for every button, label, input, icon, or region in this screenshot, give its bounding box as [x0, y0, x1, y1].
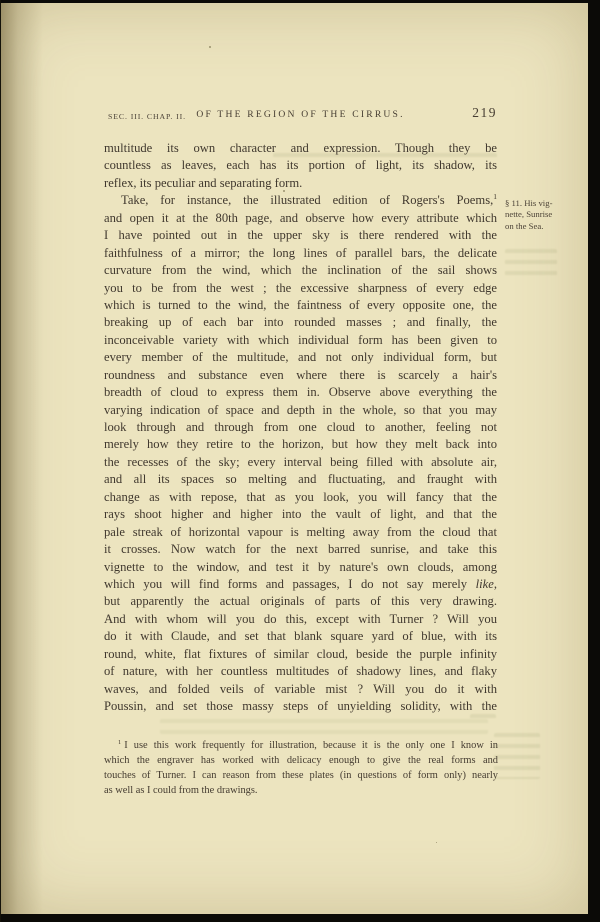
text-line: change as with repose, that as you look,…: [104, 489, 497, 506]
text-line: multitude its own character and expressi…: [104, 140, 497, 157]
footnote-marker: 1: [118, 739, 121, 746]
text-line: Take, for instance, the illustrated edit…: [104, 192, 497, 209]
paper-speck: [436, 842, 437, 843]
text-line: of nature, with her countless multitudes…: [104, 663, 497, 680]
text-line: which is turned to the wind, the faintne…: [104, 297, 497, 314]
paragraph-1: multitude its own character and expressi…: [104, 140, 497, 192]
text-line: it crosses. Now watch for the next barre…: [104, 541, 497, 558]
text-line: which the engraver has worked with delic…: [104, 753, 498, 768]
text-line: varying indication of space and depth in…: [104, 402, 497, 419]
text-line: every member of the multitude, and not o…: [104, 349, 497, 366]
text-line: round, white, flat fixtures of similar c…: [104, 646, 497, 663]
body-text: multitude its own character and expressi…: [104, 140, 497, 715]
page-edge-top: [0, 0, 600, 3]
text-line: § 11. His vig-: [505, 198, 569, 209]
text-line: on the Sea.: [505, 221, 569, 232]
text-line: breaking up of each bar into rounded mas…: [104, 314, 497, 331]
text-line: look through and through from one cloud …: [104, 419, 497, 436]
page-number: 219: [440, 105, 497, 121]
text-line: which you will find forms and passages, …: [104, 576, 497, 593]
footnote-ref: 1: [493, 192, 497, 201]
book-scan: SEC. III. CHAP. II. OF THE REGION OF THE…: [0, 0, 600, 922]
text-line: 1I use this work frequently for illustra…: [104, 738, 498, 753]
text-line: countless as leaves, each has its portio…: [104, 157, 497, 174]
text-line: as well as I could from the drawings.: [104, 783, 498, 798]
text-line: reflex, its peculiar and separating form…: [104, 175, 497, 192]
text-line: rays shoot higher and higher into the va…: [104, 506, 497, 523]
text-run: which you will find forms and passages, …: [104, 577, 476, 591]
footnote: 1I use this work frequently for illustra…: [104, 738, 498, 798]
paragraph-2-tail: but apparently the actual originals of p…: [104, 593, 497, 715]
text-line: and all its spaces so melting and fluctu…: [104, 471, 497, 488]
text-line: but apparently the actual originals of p…: [104, 593, 497, 610]
text-line: merely how they retire to the horizon, b…: [104, 436, 497, 453]
text-line: waves, and folded veils of variable mist…: [104, 681, 497, 698]
text-line: Poussin, and set those massy steps of un…: [104, 698, 497, 715]
paper-speck: [209, 46, 211, 48]
text-line: vignette to the window, and test it by n…: [104, 559, 497, 576]
text-line: And with whom will you do this, except w…: [104, 611, 497, 628]
italic-word: like: [476, 577, 494, 591]
page-edge-right: [588, 0, 600, 922]
text-run: I use this work frequently for illustrat…: [124, 740, 498, 751]
text-line: and open it at the 80th page, and observ…: [104, 210, 497, 227]
text-line: you to be from the west ; the excessive …: [104, 280, 497, 297]
text-line: nette, Sunrise: [505, 209, 569, 220]
sidenote: § 11. His vig-nette, Sunriseon the Sea.: [505, 198, 569, 232]
text-line: do it with Claude, and set that blank sq…: [104, 628, 497, 645]
text-run: ,: [494, 577, 497, 591]
text-line: touches of Turner. I can reason from the…: [104, 768, 498, 783]
running-title: OF THE REGION OF THE CIRRUS.: [104, 109, 497, 120]
paragraph-2-mid: and open it at the 80th page, and observ…: [104, 210, 497, 576]
text-line: roundness and substance even where there…: [104, 367, 497, 384]
text-line: pale streak of horizontal vapour is melt…: [104, 524, 497, 541]
page-edge-left: [0, 0, 1, 922]
text-line: I have pointed out in the upper sky is t…: [104, 227, 497, 244]
page-edge-bottom: [0, 914, 600, 922]
text-line: breadth of cloud to express them in. Obs…: [104, 384, 497, 401]
text-run: Take, for instance, the illustrated edit…: [121, 193, 493, 207]
text-line: curvature from the wind, which the incli…: [104, 262, 497, 279]
footnote-lines: which the engraver has worked with delic…: [104, 753, 498, 798]
text-line: inconceivable variety with which individ…: [104, 332, 497, 349]
text-line: faithfulness of a mirror; the long lines…: [104, 245, 497, 262]
text-line: the recesses of the sky; every interval …: [104, 454, 497, 471]
